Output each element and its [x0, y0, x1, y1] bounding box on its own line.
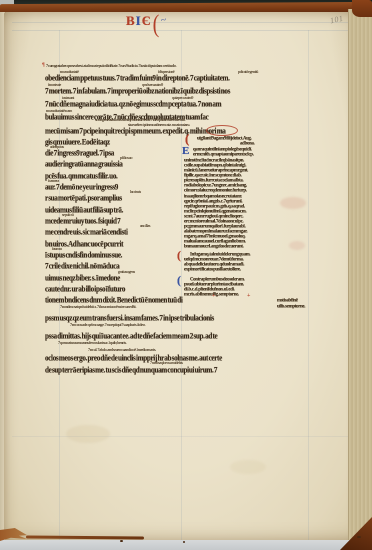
text-line: 7 no adm csat q nō uidebit. s. 7 ihc uc …	[60, 305, 272, 309]
paraph-mark: ¶	[42, 63, 45, 68]
text-line: ī aurora	[52, 247, 92, 251]
text-line: cōmo rcolaiucre q demonior. fur iurp.	[184, 188, 292, 193]
text-line: p filio suo	[120, 156, 164, 160]
text-line: mstis ab finē	[277, 298, 321, 303]
text-line: 7 qo mcatur au mcaans fer ocularis uc. ī…	[58, 341, 268, 345]
debris-dot	[120, 540, 123, 542]
text-line: bnmaumoucrl. angelos decuerunt.	[184, 244, 292, 249]
red-oval-mark	[206, 125, 238, 136]
leather-corner-top	[352, 0, 372, 17]
text-line: audier ingratū anna grauissia	[45, 160, 178, 168]
text-line: mca uoluntatē	[60, 70, 118, 74]
text-line: ī morte aie	[48, 83, 94, 87]
text-line: obedienciam ppetuus tuus. 7 tradim fuim9…	[45, 74, 321, 82]
text-line: pssm usqz qz eum trans fuersi. insam fam…	[45, 314, 322, 322]
text-line: de sup terrā eripias me. tu scis dñe qd …	[45, 366, 313, 374]
fore-edge-pages	[348, 9, 372, 541]
text-line: ermc nith. qm apta omi parent scl cp.	[193, 152, 292, 157]
text-line: sepulcrū	[62, 213, 102, 217]
text-line: 7 cum grata hec qm se abest. a tali mcat…	[46, 64, 251, 68]
text-line: ī dispersionē	[158, 70, 208, 74]
text-line: ad nupcias	[50, 145, 94, 149]
text-line: 7 mortem. 7 in fabulam. 7 improperiū oib…	[45, 87, 321, 95]
text-line: gratias agens	[118, 270, 172, 274]
initial-letter: (	[185, 132, 189, 145]
text-line: 7 mclis aqloe cua midebis	[150, 361, 238, 365]
text-line: ī stupus cndisfin dominus sue.	[45, 251, 178, 259]
bleed-smudge	[289, 241, 305, 250]
initial-letter: (	[177, 274, 181, 286]
initial-letter: (	[177, 249, 181, 261]
text-line: expi mortificatos pusilla extollere.	[184, 267, 288, 272]
text-line: lacrimis	[130, 190, 170, 194]
text-line: iusta sunt	[62, 96, 110, 100]
initial-letter: E	[182, 146, 189, 157]
text-line: uimus neqz biber. s. ī medone	[45, 274, 178, 282]
rubric-cross-mark: +	[212, 293, 215, 299]
text-line: ancillas	[140, 224, 178, 228]
text-line: pdicatōe gentiū	[238, 70, 293, 74]
table-surface	[0, 540, 372, 550]
bleed-smudge	[230, 460, 266, 474]
text-line: pssa dimittas. hijs qui ī uacant ee. ad …	[45, 332, 322, 340]
text-line: mecū misam 7 pcipe inquit recipi spm meu…	[45, 127, 321, 135]
text-line: 7 nūc dñe magna iudicia tua. qz nō egimu…	[45, 100, 321, 108]
bleed-smudge	[280, 197, 306, 209]
manuscript-photo: BIЄ ( ~ 101 7 cum grata hec qm se abest.…	[0, 0, 372, 550]
rubric-cross-mark: +	[247, 293, 250, 299]
text-line: quia peccauim9	[172, 96, 234, 100]
text-layer: 7 cum grata hec qm se abest. a tali mcat…	[0, 0, 372, 550]
debris-dot	[183, 541, 185, 543]
text-line: uilis. semptorne.	[277, 304, 321, 309]
text-line: caute dnr. ur ab illo ipso ī futuro	[45, 285, 178, 293]
text-line: ad bona.	[240, 141, 292, 146]
text-line: me cendre uis. sic mariā cendisti	[45, 228, 178, 236]
text-line: r sua mortē pati. psor amplius	[45, 194, 178, 202]
text-line: 7 nr. ul. 7 abdo. amls rue ocuandicoē. ī…	[88, 348, 303, 352]
bleed-smudge	[66, 425, 110, 443]
text-line: 7 mc ocu ade. qr ī mca age. 7 mcepit qui…	[70, 323, 295, 327]
text-line: qr nō seruauim9	[142, 83, 202, 87]
text-line: tionem bndicens dnm dixit. Benedictū ē n…	[45, 296, 273, 304]
text-line: mca uoluntatē scam	[46, 109, 112, 113]
text-line: sc origenē aia sforis. dicit qr moritur9…	[95, 118, 300, 122]
text-line: ī camera	[48, 179, 88, 183]
debris-dot	[357, 536, 361, 538]
